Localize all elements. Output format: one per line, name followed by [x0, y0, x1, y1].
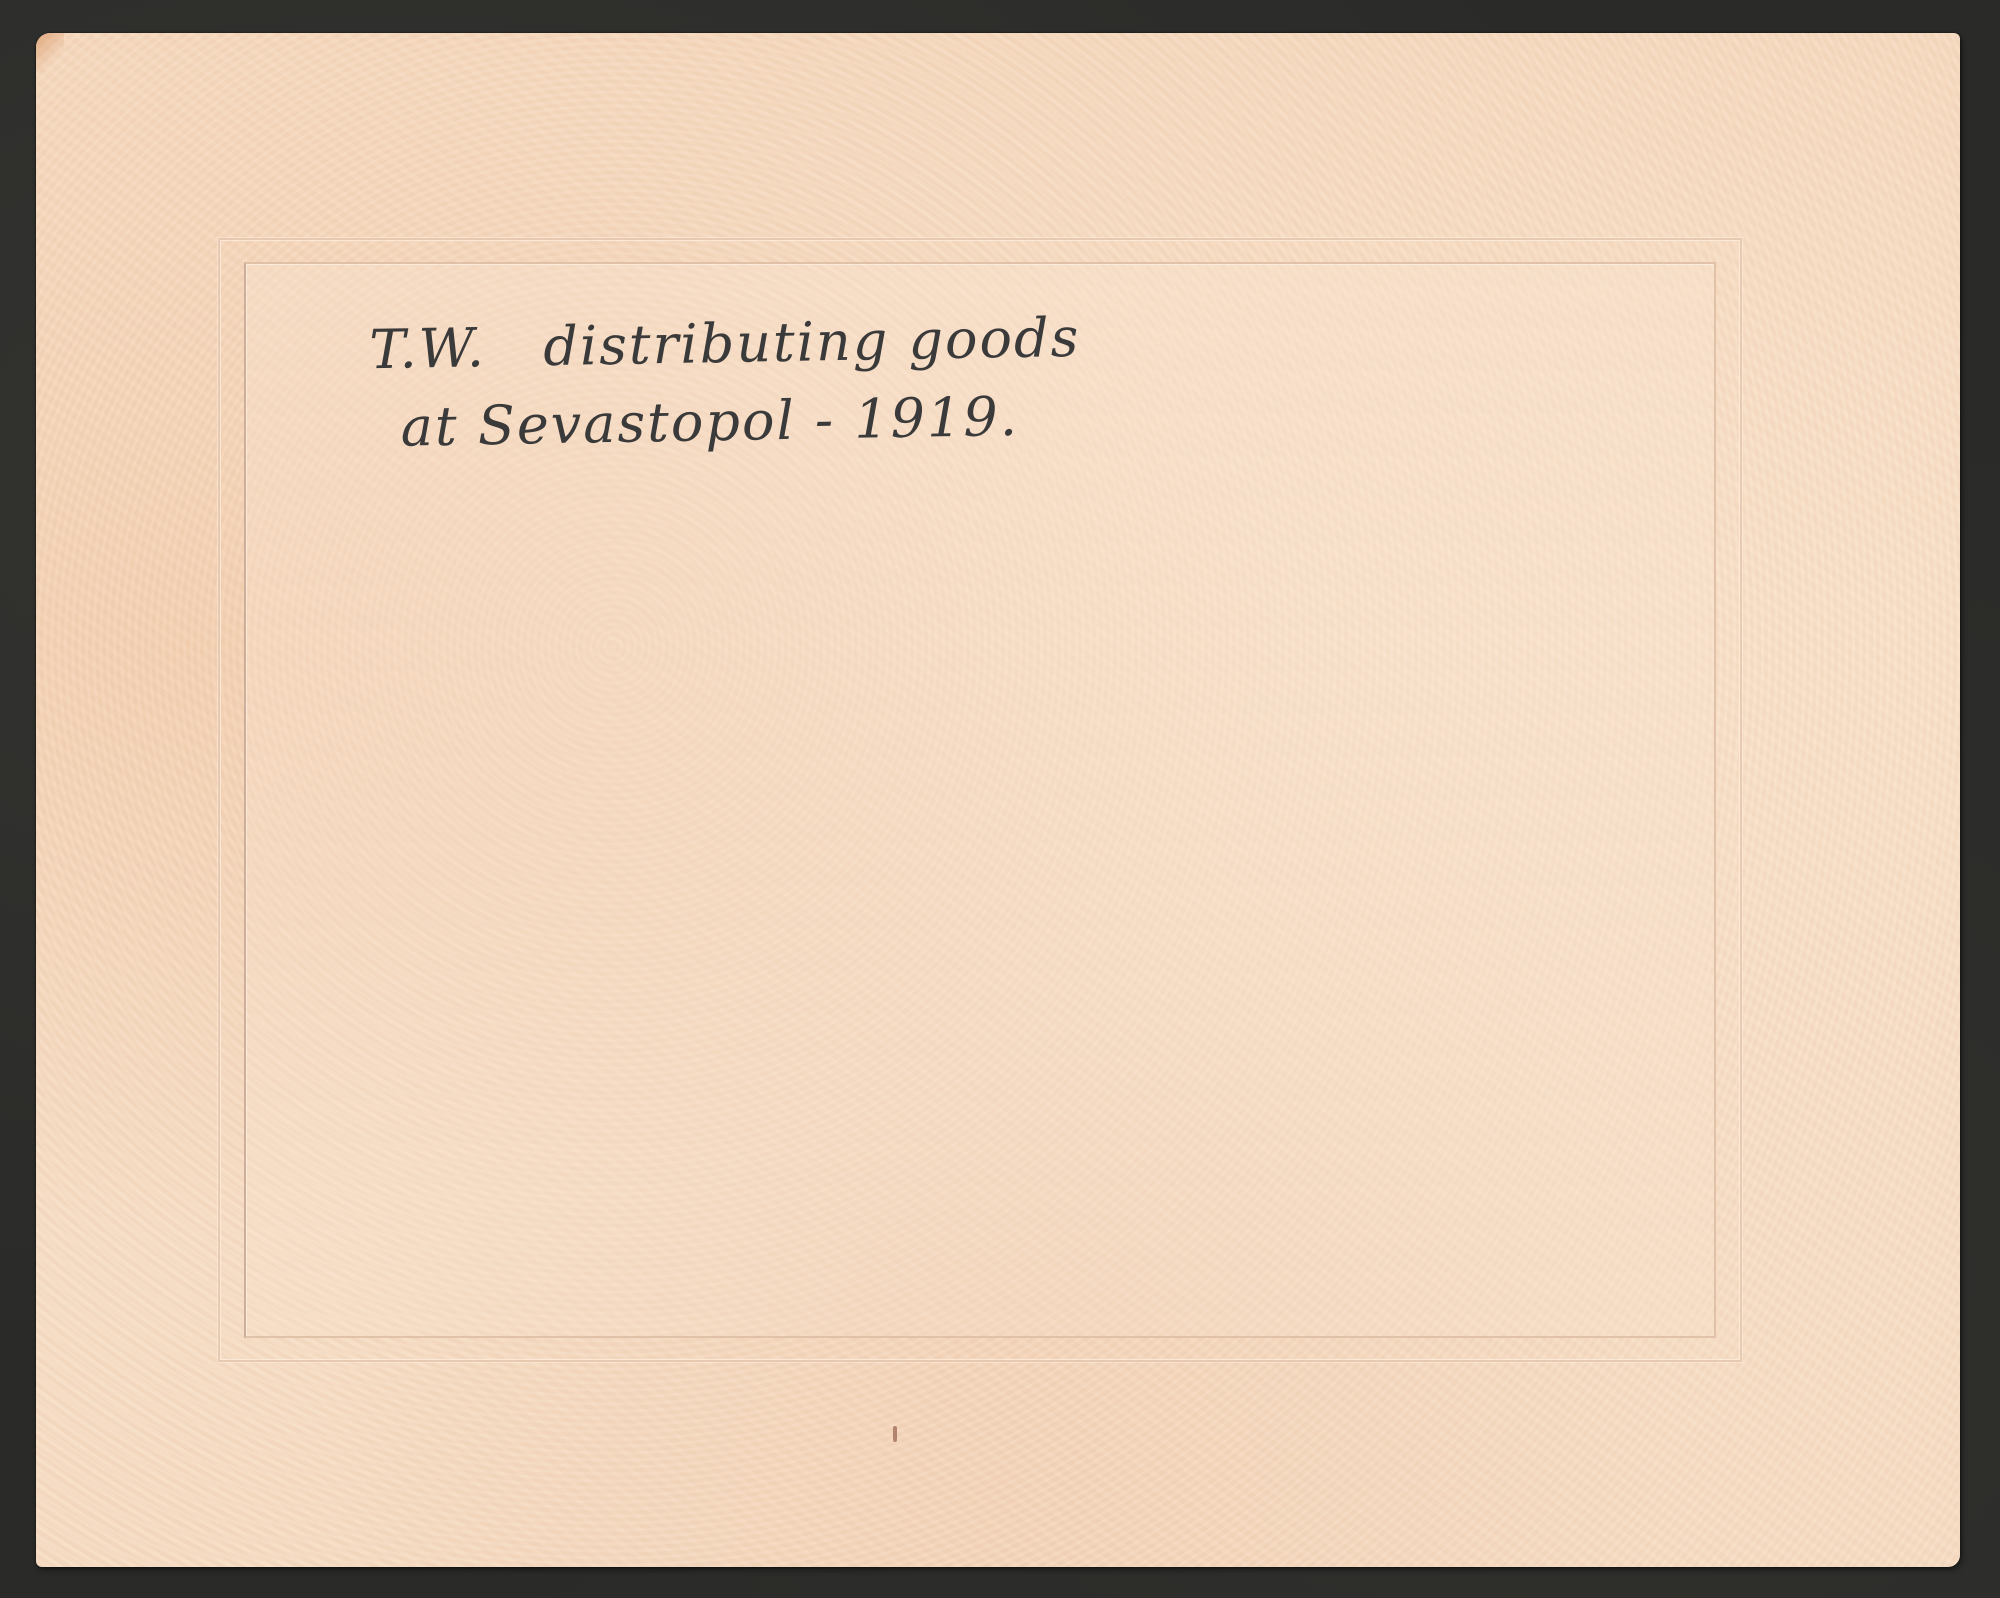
inscription-line-1: T.W. distributing goods [369, 299, 1081, 389]
small-ink-mark [893, 1426, 897, 1442]
handwritten-inscription: T.W. distributing goods at Sevastopol - … [369, 299, 1083, 467]
inscription-line-2: at Sevastopol - 1919. [370, 377, 1082, 467]
corner-wear [36, 33, 64, 73]
